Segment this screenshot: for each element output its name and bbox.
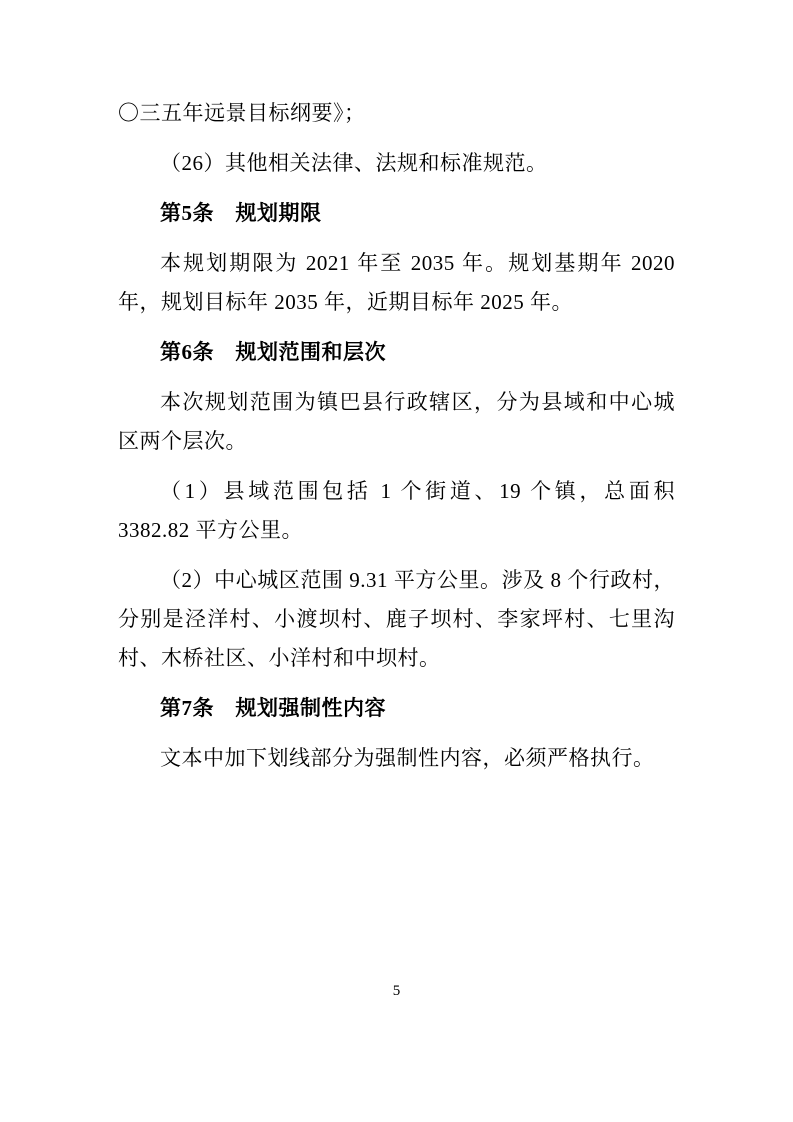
- paragraph-plan-period: 本规划期限为 2021 年至 2035 年。规划基期年 2020 年，规划目标年…: [118, 244, 675, 322]
- paragraph-item-26: （26）其他相关法律、法规和标准规范。: [118, 144, 675, 183]
- paragraph-central-city-scope: （2）中心城区范围 9.31 平方公里。涉及 8 个行政村，分别是泾洋村、小渡坝…: [118, 561, 675, 678]
- heading-article-5: 第5条 规划期限: [118, 194, 675, 233]
- heading-article-6: 第6条 规划范围和层次: [118, 333, 675, 372]
- paragraph-plan-scope: 本次规划范围为镇巴县行政辖区，分为县域和中心城区两个层次。: [118, 383, 675, 461]
- page-number: 5: [0, 983, 793, 1000]
- document-content: 〇三五年远景目标纲要》； （26）其他相关法律、法规和标准规范。 第5条 规划期…: [118, 94, 675, 789]
- paragraph-county-scope: （1）县域范围包括 1 个街道、19 个镇，总面积 3382.82 平方公里。: [118, 472, 675, 550]
- paragraph-mandatory-content: 文本中加下划线部分为强制性内容，必须严格执行。: [118, 739, 675, 778]
- document-page: 〇三五年远景目标纲要》； （26）其他相关法律、法规和标准规范。 第5条 规划期…: [0, 0, 793, 1122]
- heading-article-7: 第7条 规划强制性内容: [118, 689, 675, 728]
- paragraph-outline-continuation: 〇三五年远景目标纲要》；: [118, 94, 675, 133]
